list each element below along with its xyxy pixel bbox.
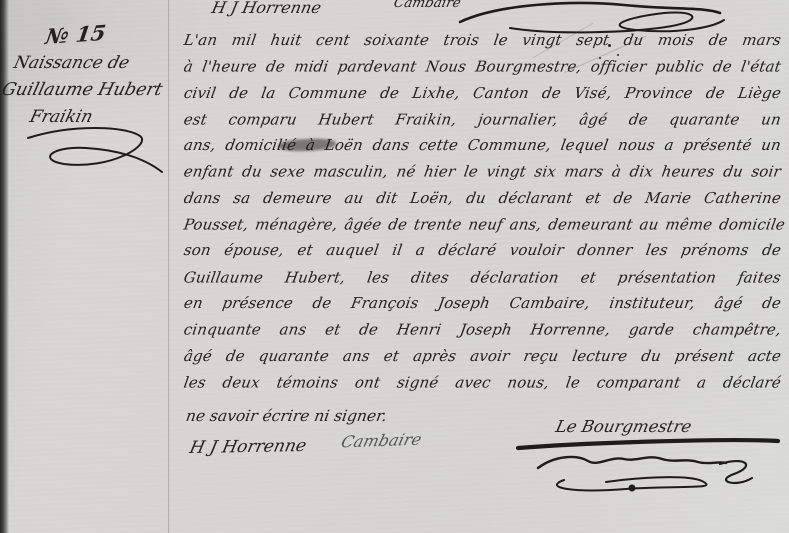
closing-line: ne savoir écrire ni signer.	[185, 407, 389, 425]
manuscript-line: ans, domicilié à Loën dans cette Commune…	[182, 132, 783, 158]
pen-flourish-under-name	[14, 122, 174, 182]
bourgmestre-signature-flourish	[514, 436, 784, 498]
manuscript-line: les deux témoins ont signé avec nous, le…	[182, 369, 783, 395]
witness-signature-horrenne: H J Horrenne	[188, 436, 308, 458]
act-body-text: L'an mil huit cent soixante trois le vin…	[184, 27, 781, 395]
manuscript-line: son épouse, et auquel il a déclaré voulo…	[182, 237, 783, 263]
manuscript-line: Guillaume Hubert, les dites déclaration …	[182, 264, 783, 290]
manuscript-line: civil de la Commune de Lixhe, Canton de …	[182, 80, 783, 106]
manuscript-line: L'an mil huit cent soixante trois le vin…	[182, 27, 783, 53]
manuscript-line: est comparu Hubert Fraikin, journalier, …	[182, 106, 783, 132]
manuscript-line: âgé de quarante ans et après avoir reçu …	[182, 343, 783, 369]
witness-signature-cambaire: Cambaire	[339, 430, 423, 452]
manuscript-line: à l'heure de midi pardevant Nous Bourgme…	[182, 54, 783, 80]
previous-act-witness-signature-1: H J Horrenne	[210, 0, 323, 17]
margin-note-line: Naissance de	[0, 50, 181, 77]
manuscript-line: Pousset, ménagère, âgée de trente neuf a…	[182, 212, 783, 238]
margin-note-line: Guillaume Hubert	[0, 77, 181, 104]
margin-annotation: Naissance deGuillaume HubertFraikin	[2, 50, 178, 131]
manuscript-line: en présence de François Joseph Cambaire,…	[182, 290, 783, 316]
manuscript-line: dans sa demeure au dit Loën, du déclaran…	[182, 185, 783, 211]
manuscript-line: enfant du sexe masculin, né hier le ving…	[182, 159, 783, 185]
act-number: № 15	[44, 20, 108, 49]
bourgmestre-title: Le Bourgmestre	[554, 417, 693, 436]
register-scan-page: № 15 Naissance deGuillaume HubertFraikin…	[0, 0, 789, 533]
manuscript-line: cinquante ans et de Henri Joseph Horrenn…	[182, 317, 783, 343]
